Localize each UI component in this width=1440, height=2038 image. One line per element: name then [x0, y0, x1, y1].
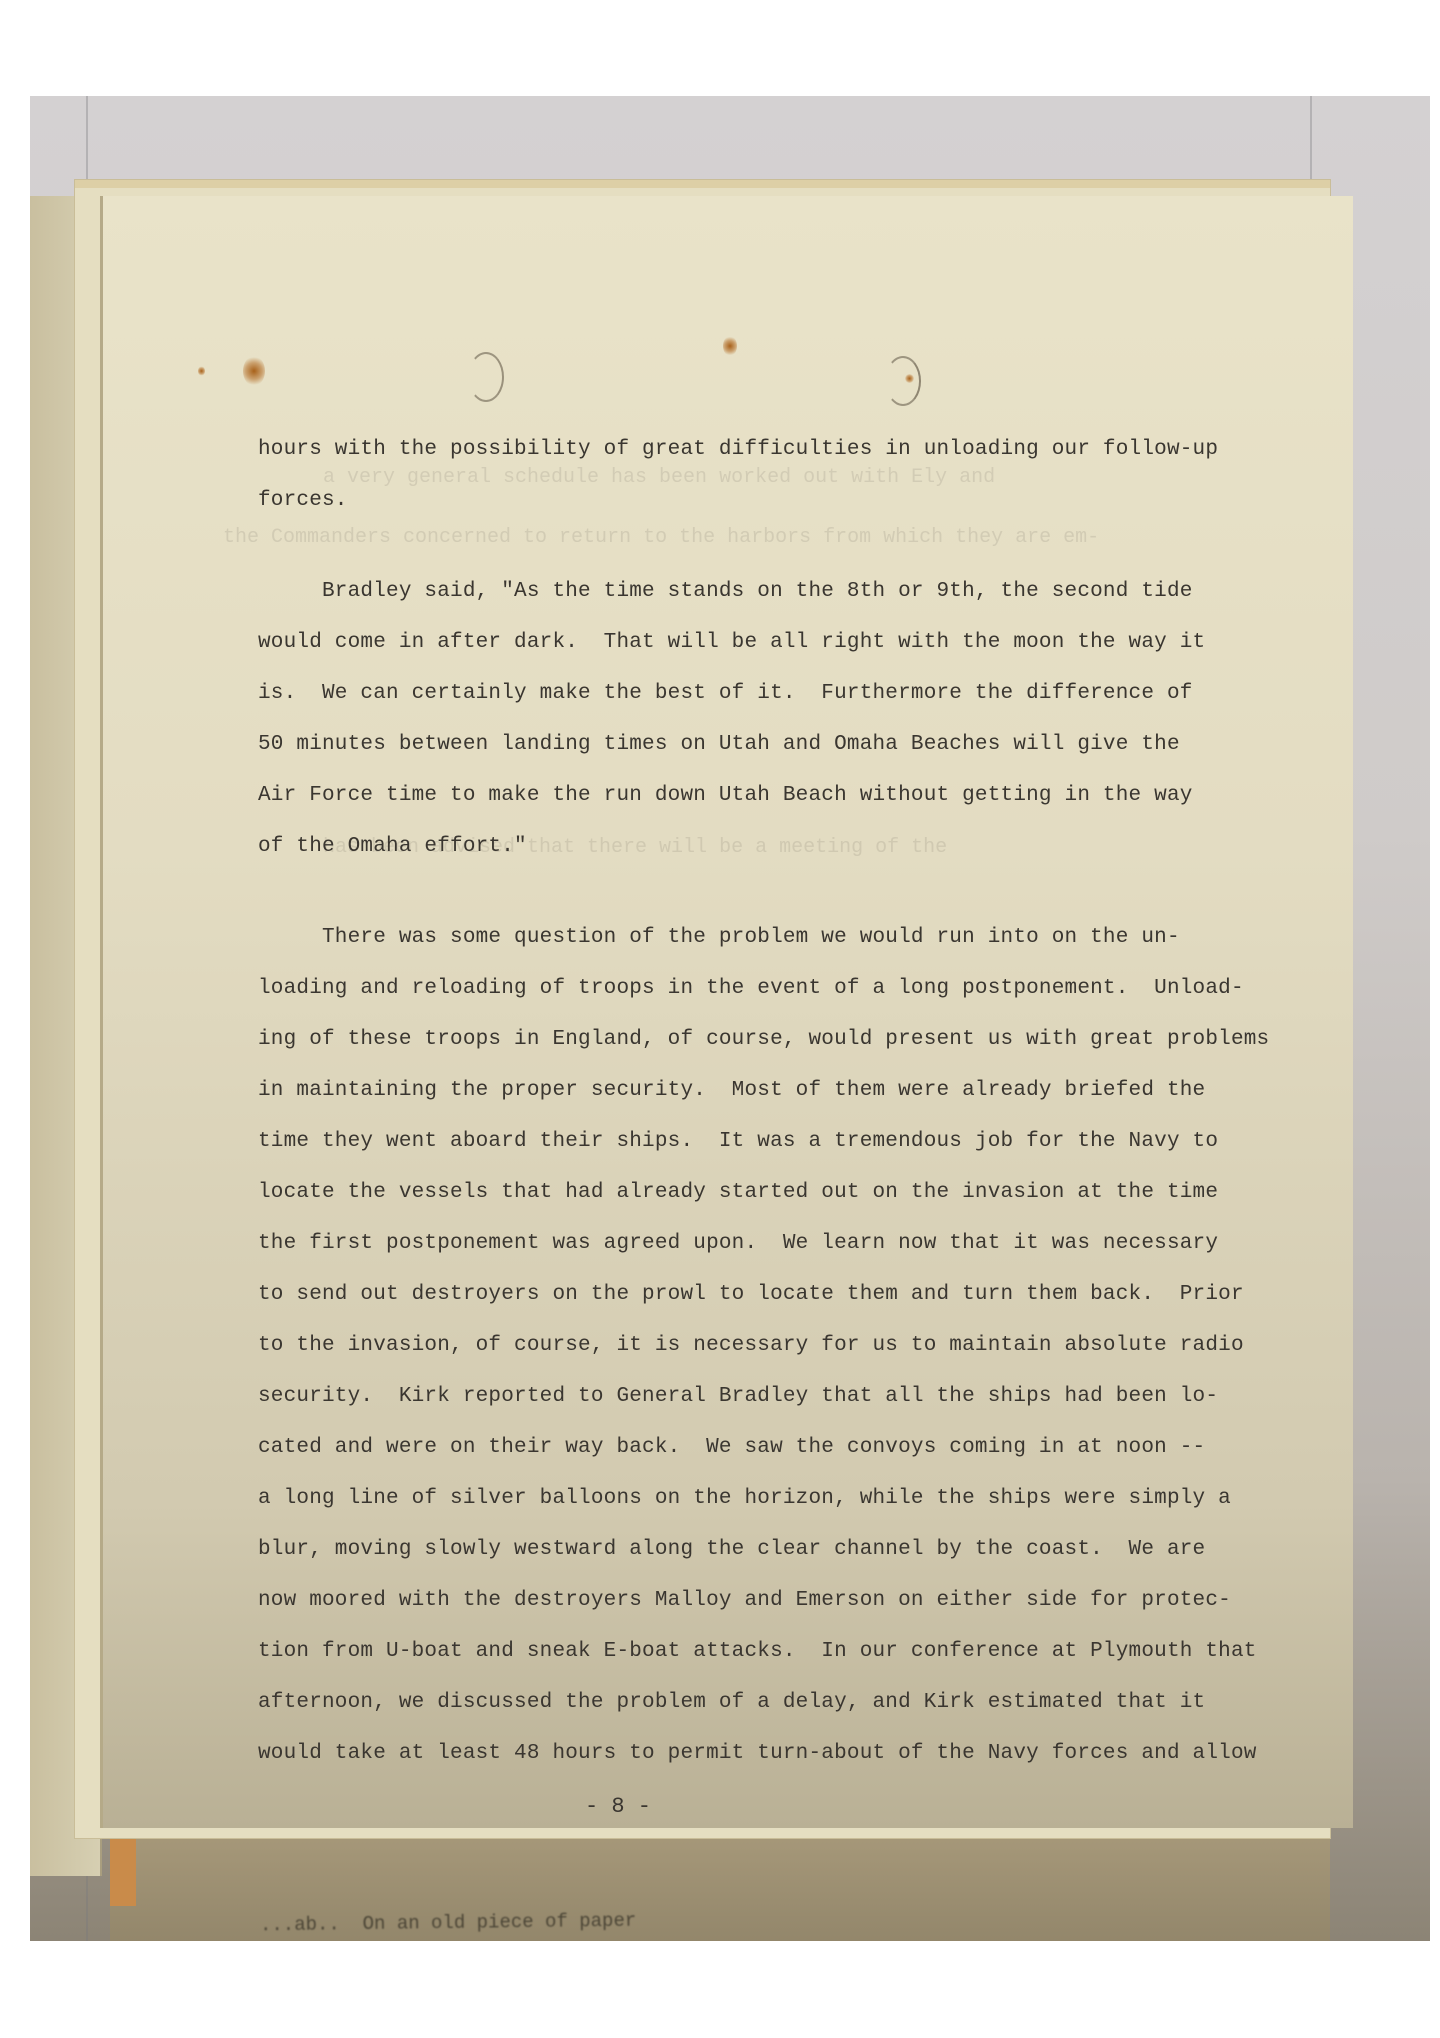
- page-number: - 8 -: [30, 1794, 1243, 1819]
- text-line: Bradley said, "As the time stands on the…: [258, 566, 1338, 617]
- text-line: ing of these troops in England, of cours…: [258, 1014, 1338, 1065]
- rust-stain: [198, 366, 205, 376]
- rust-stain: [243, 356, 265, 386]
- paragraph-gap: [258, 872, 1338, 912]
- text-line: would come in after dark. That will be a…: [258, 617, 1338, 668]
- text-line: tion from U-boat and sneak E-boat attack…: [258, 1626, 1338, 1677]
- text-line: forces.: [258, 475, 1338, 526]
- text-line: hours with the possibility of great diff…: [258, 424, 1338, 475]
- text-line: cated and were on their way back. We saw…: [258, 1422, 1338, 1473]
- text-line: the first postponement was agreed upon. …: [258, 1218, 1338, 1269]
- text-line: in maintaining the proper security. Most…: [258, 1065, 1338, 1116]
- text-line: 50 minutes between landing times on Utah…: [258, 719, 1338, 770]
- text-line: to the invasion, of course, it is necess…: [258, 1320, 1338, 1371]
- punch-hole-left: [468, 352, 504, 402]
- text-line: afternoon, we discussed the problem of a…: [258, 1677, 1338, 1728]
- document-photo: ...ab.. On an old piece of paper a very …: [30, 96, 1430, 1941]
- text-line: There was some question of the problem w…: [258, 912, 1338, 963]
- text-line: time they went aboard their ships. It wa…: [258, 1116, 1338, 1167]
- folder-tab: [110, 1826, 136, 1906]
- text-line: of the Omaha effort.": [258, 821, 1338, 872]
- punch-hole-right: [885, 356, 921, 406]
- rust-stain: [723, 336, 737, 356]
- underlying-page-text: ...ab.. On an old piece of paper: [260, 1910, 637, 1937]
- text-line: now moored with the destroyers Malloy an…: [258, 1575, 1338, 1626]
- typewritten-page: a very general schedule has been worked …: [100, 196, 1353, 1828]
- text-line: loading and reloading of troops in the e…: [258, 963, 1338, 1014]
- text-line: to send out destroyers on the prowl to l…: [258, 1269, 1338, 1320]
- text-line: locate the vessels that had already star…: [258, 1167, 1338, 1218]
- text-line: blur, moving slowly westward along the c…: [258, 1524, 1338, 1575]
- text-line: security. Kirk reported to General Bradl…: [258, 1371, 1338, 1422]
- paragraph-gap: [258, 526, 1338, 566]
- text-line: is. We can certainly make the best of it…: [258, 668, 1338, 719]
- typed-body: hours with the possibility of great diff…: [258, 424, 1338, 1779]
- text-line: Air Force time to make the run down Utah…: [258, 770, 1338, 821]
- text-line: would take at least 48 hours to permit t…: [258, 1728, 1338, 1779]
- text-line: a long line of silver balloons on the ho…: [258, 1473, 1338, 1524]
